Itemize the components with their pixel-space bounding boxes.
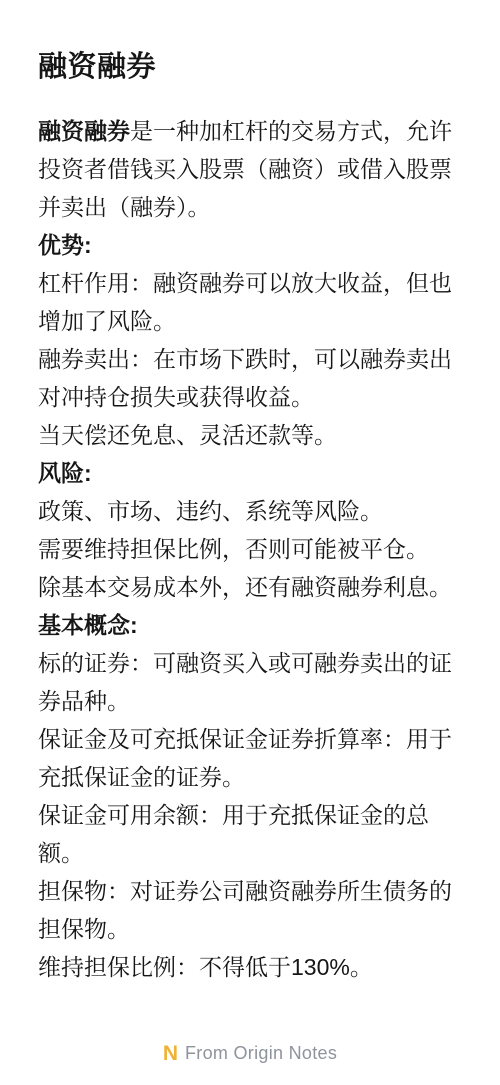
note-paragraph: 当天偿还免息、灵活还款等。 bbox=[38, 416, 462, 454]
section-heading-text: 优势: bbox=[38, 232, 92, 258]
note-page: 融资融券 融资融券是一种加杠杆的交易方式，允许投资者借钱买入股票（融资）或借入股… bbox=[0, 0, 500, 1085]
note-body: 融资融券是一种加杠杆的交易方式，允许投资者借钱买入股票（融资）或借入股票并卖出（… bbox=[38, 112, 462, 986]
section-heading: 风险: bbox=[38, 454, 462, 492]
note-paragraph: 保证金及可充抵保证金证券折算率：用于充抵保证金的证券。 bbox=[38, 720, 462, 796]
note-paragraph: 政策、市场、违约、系统等风险。 bbox=[38, 492, 462, 530]
note-paragraph: 担保物：对证券公司融资融券所生债务的担保物。 bbox=[38, 872, 462, 948]
note-paragraph: 维持担保比例：不得低于130%。 bbox=[38, 948, 462, 986]
section-heading-text: 风险: bbox=[38, 460, 92, 486]
note-paragraph: 融券卖出：在市场下跌时，可以融券卖出对冲持仓损失或获得收益。 bbox=[38, 340, 462, 416]
note-paragraph: 杠杆作用：融资融券可以放大收益，但也增加了风险。 bbox=[38, 264, 462, 340]
note-title: 融资融券 bbox=[38, 47, 462, 87]
origin-notes-logo-icon: N bbox=[163, 1043, 178, 1064]
section-heading-text: 基本概念: bbox=[38, 612, 138, 638]
note-paragraph: 融资融券是一种加杠杆的交易方式，允许投资者借钱买入股票（融资）或借入股票并卖出（… bbox=[38, 112, 462, 226]
note-paragraph: 除基本交易成本外，还有融资融券利息。 bbox=[38, 568, 462, 606]
note-paragraph: 保证金可用余额：用于充抵保证金的总额。 bbox=[38, 796, 462, 872]
paragraph-bold-lead: 融资融券 bbox=[38, 118, 130, 144]
section-heading: 基本概念: bbox=[38, 606, 462, 644]
note-paragraph: 标的证券：可融资买入或可融券卖出的证券品种。 bbox=[38, 644, 462, 720]
footer-attribution-text: From Origin Notes bbox=[185, 1042, 337, 1064]
note-paragraph: 需要维持担保比例，否则可能被平仓。 bbox=[38, 530, 462, 568]
section-heading: 优势: bbox=[38, 226, 462, 264]
note-content: 融资融券 融资融券是一种加杠杆的交易方式，允许投资者借钱买入股票（融资）或借入股… bbox=[0, 0, 500, 986]
footer-attribution: N From Origin Notes bbox=[0, 1042, 500, 1064]
